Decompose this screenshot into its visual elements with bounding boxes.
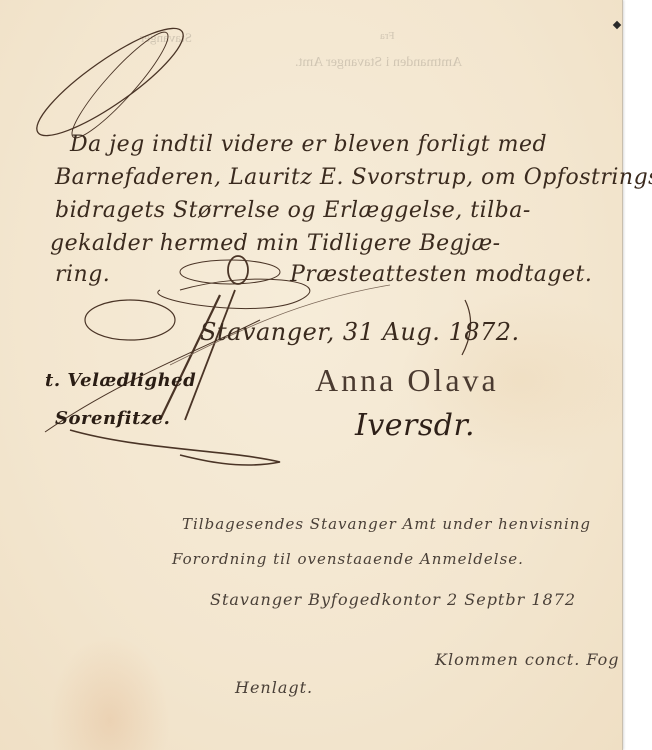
endorsement-line-2: Forordning til ovenstaaende Anmeldelse. — [172, 550, 524, 568]
body-line-1: Da jeg indtil videre er bleven forligt m… — [70, 132, 547, 157]
dateline: Stavanger, 31 Aug. 1872. — [200, 318, 520, 346]
signature-last-name: Iversdr. — [355, 408, 475, 443]
margin-note-line-1: t. Velædlighed — [45, 370, 196, 391]
endorsement-line-1: Tilbagesendes Stavanger Amt under henvis… — [182, 515, 591, 533]
signature-first-name: Anna Olava — [315, 362, 499, 399]
letter-paper: Stavanger Fra Amtmanden i Stavanger Amt.… — [0, 0, 623, 750]
margin-note-line-2: Sorenfitze. — [55, 408, 170, 429]
endorsement-line-3: Stavanger Byfogedkontor 2 Septbr 1872 — [210, 590, 576, 609]
body-line-4: gekalder hermed min Tidligere Begjæ- — [50, 231, 501, 256]
body-line-2: Barnefaderen, Lauritz E. Svorstrup, om O… — [55, 165, 652, 190]
body-line-6: Præsteattesten modtaget. — [290, 262, 592, 287]
body-line-3: bidragets Størrelse og Erlæggelse, tilba… — [55, 198, 531, 223]
endorsement-note-henlagt: Henlagt. — [235, 678, 313, 697]
endorsement-signature: Klommen conct. Fog — [435, 650, 619, 669]
body-line-5: ring. — [55, 262, 110, 287]
